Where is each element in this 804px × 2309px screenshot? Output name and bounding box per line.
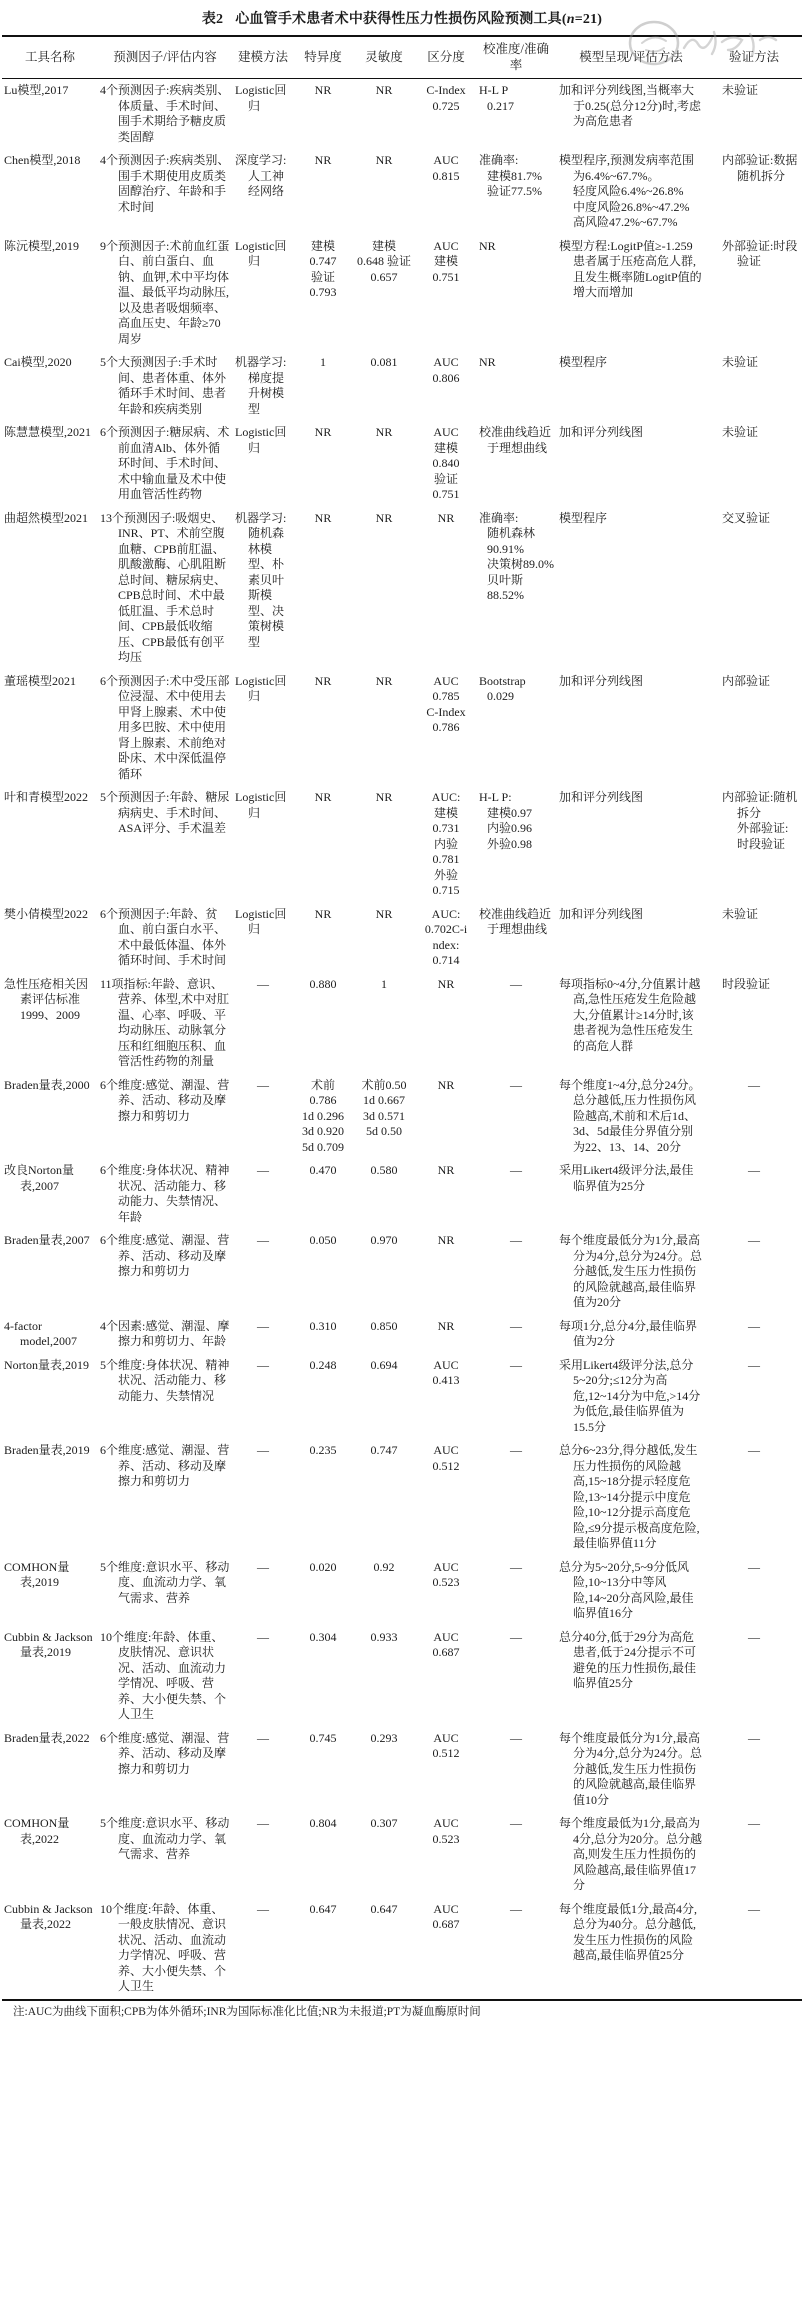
specificity-cell: 0.880 xyxy=(294,973,352,1074)
table-row: Braden量表,20076个维度:感觉、潮湿、营养、活动、移动及摩擦力和剪切力… xyxy=(2,1229,802,1315)
specificity-cell: 0.647 xyxy=(294,1898,352,2000)
validation-method-cell: 内部验证:数据随机拆分 xyxy=(706,149,802,235)
model-presentation-cell: 每个维度最低分为1分,最高分为4分,总分为24分。总分越低,发生压力性损伤的风险… xyxy=(556,1727,706,1813)
table-row: Braden量表,20006个维度:感觉、潮湿、营养、活动、移动及摩擦力和剪切力… xyxy=(2,1074,802,1160)
sensitivity-cell: 0.92 xyxy=(352,1556,416,1626)
table-row: Braden量表,20196个维度:感觉、潮湿、营养、活动、移动及摩擦力和剪切力… xyxy=(2,1439,802,1556)
calibration-accuracy-cell: NR xyxy=(476,351,556,421)
discrimination-cell: NR xyxy=(416,1229,476,1315)
calibration-accuracy-cell: Bootstrap 0.029 xyxy=(476,670,556,787)
discrimination-cell: AUC 0.687 xyxy=(416,1898,476,2000)
column-header-tool-name: 工具名称 xyxy=(2,36,98,79)
table-footnote: 注:AUC为曲线下面积;CPB为体外循环;INR为国际标准化比值;NR为未报道;… xyxy=(2,2005,802,2020)
specificity-cell: 0.310 xyxy=(294,1315,352,1354)
sensitivity-cell: 术前0.50 1d 0.667 3d 0.571 5d 0.50 xyxy=(352,1074,416,1160)
column-header-specificity: 特异度 xyxy=(294,36,352,79)
specificity-cell: NR xyxy=(294,79,352,150)
model-presentation-cell: 总分为5~20分,5~9分低风险,10~13分中等风险,14~20分高风险,最佳… xyxy=(556,1556,706,1626)
predictors-cell: 6个预测因子:年龄、贫血、前白蛋白水平、术中最低体温、体外循环时间、手术时间 xyxy=(98,903,232,973)
calibration-accuracy-cell: 准确率: 建模81.7% 验证77.5% xyxy=(476,149,556,235)
model-presentation-cell: 模型方程:LogitP值≥-1.259患者属于压疮高危人群,且发生概率随Logi… xyxy=(556,235,706,352)
calibration-accuracy-cell: H-L P: 建模0.97 内验0.96 外验0.98 xyxy=(476,786,556,903)
predictors-cell: 4个因素:感觉、潮湿、摩擦力和剪切力、年龄 xyxy=(98,1315,232,1354)
modeling-method-cell: 机器学习:随机森林模型、朴素贝叶斯模型、决策树模型 xyxy=(232,507,294,670)
specificity-cell: 术前 0.786 1d 0.296 3d 0.920 5d 0.709 xyxy=(294,1074,352,1160)
sensitivity-cell: NR xyxy=(352,786,416,903)
validation-method-cell: 内部验证:随机拆分 外部验证:时段验证 xyxy=(706,786,802,903)
validation-method-cell: — xyxy=(706,1556,802,1626)
tool-name-cell: 陈沅模型,2019 xyxy=(2,235,98,352)
sensitivity-cell: 0.081 xyxy=(352,351,416,421)
discrimination-cell: NR xyxy=(416,1315,476,1354)
specificity-cell: 0.020 xyxy=(294,1556,352,1626)
model-presentation-cell: 模型程序 xyxy=(556,351,706,421)
tool-name-cell: Norton量表,2019 xyxy=(2,1354,98,1440)
validation-method-cell: — xyxy=(706,1439,802,1556)
modeling-method-cell: — xyxy=(232,1074,294,1160)
discrimination-cell: AUC 0.512 xyxy=(416,1727,476,1813)
model-presentation-cell: 加和评分列线图 xyxy=(556,670,706,787)
model-presentation-cell: 加和评分列线图 xyxy=(556,786,706,903)
discrimination-cell: AUC 建模 0.840 验证 0.751 xyxy=(416,421,476,507)
sensitivity-cell: 0.747 xyxy=(352,1439,416,1556)
specificity-cell: NR xyxy=(294,149,352,235)
table-row: 叶和青模型20225个预测因子:年龄、糖尿病病史、手术时间、ASA评分、手术温差… xyxy=(2,786,802,903)
header-row: 工具名称预测因子/评估内容建模方法特异度灵敏度区分度校准度/准确率模型呈现/评估… xyxy=(2,36,802,79)
specificity-cell: 0.050 xyxy=(294,1229,352,1315)
column-header-sensitivity: 灵敏度 xyxy=(352,36,416,79)
specificity-cell: 0.304 xyxy=(294,1626,352,1727)
discrimination-cell: C-Index 0.725 xyxy=(416,79,476,150)
model-presentation-cell: 采用Likert4级评分法,最佳临界值为25分 xyxy=(556,1159,706,1229)
validation-method-cell: 未验证 xyxy=(706,351,802,421)
discrimination-cell: AUC 0.512 xyxy=(416,1439,476,1556)
model-presentation-cell: 每项指标0~4分,分值累计越高,急性压疮发生危险越大,分值累计≥14分时,该患者… xyxy=(556,973,706,1074)
modeling-method-cell: Logistic回归 xyxy=(232,235,294,352)
tool-name-cell: 樊小倩模型2022 xyxy=(2,903,98,973)
predictors-cell: 6个维度:感觉、潮湿、营养、活动、移动及摩擦力和剪切力 xyxy=(98,1074,232,1160)
calibration-accuracy-cell: — xyxy=(476,973,556,1074)
model-presentation-cell: 加和评分列线图 xyxy=(556,903,706,973)
predictors-cell: 6个维度:身体状况、精神状况、活动能力、移动能力、失禁情况、年龄 xyxy=(98,1159,232,1229)
predictors-cell: 6个维度:感觉、潮湿、营养、活动、移动及摩擦力和剪切力 xyxy=(98,1439,232,1556)
predictors-cell: 4个预测因子:疾病类别、体质量、手术时间、围手术期给予糖皮质类固醇 xyxy=(98,79,232,150)
predictors-cell: 10个维度:年龄、体重、一般皮肤情况、意识状况、活动、血流动力学情况、呼吸、营养… xyxy=(98,1898,232,2000)
tool-name-cell: 曲超然模型2021 xyxy=(2,507,98,670)
modeling-method-cell: Logistic回归 xyxy=(232,79,294,150)
discrimination-cell: NR xyxy=(416,1159,476,1229)
title-n-symbol: n xyxy=(567,12,575,27)
modeling-method-cell: Logistic回归 xyxy=(232,670,294,787)
calibration-accuracy-cell: 校准曲线趋近于理想曲线 xyxy=(476,421,556,507)
sensitivity-cell: 0.293 xyxy=(352,1727,416,1813)
validation-method-cell: — xyxy=(706,1898,802,2000)
validation-method-cell: — xyxy=(706,1315,802,1354)
modeling-method-cell: — xyxy=(232,1439,294,1556)
predictors-cell: 11项指标:年龄、意识、营养、体型,术中对肛温、心率、呼吸、平均动脉压、动脉氧分… xyxy=(98,973,232,1074)
predictors-cell: 5个维度:意识水平、移动度、血流动力学、氧气需求、营养 xyxy=(98,1812,232,1898)
specificity-cell: NR xyxy=(294,903,352,973)
discrimination-cell: AUC 0.413 xyxy=(416,1354,476,1440)
table-title-text: 心血管手术患者术中获得性压力性损伤风险预测工具( xyxy=(235,12,566,27)
tool-name-cell: COMHON量表,2019 xyxy=(2,1556,98,1626)
model-presentation-cell: 每个维度最低分为1分,最高分为4分,总分为24分。总分越低,发生压力性损伤的风险… xyxy=(556,1229,706,1315)
specificity-cell: 1 xyxy=(294,351,352,421)
validation-method-cell: 交叉验证 xyxy=(706,507,802,670)
calibration-accuracy-cell: — xyxy=(476,1315,556,1354)
sensitivity-cell: NR xyxy=(352,903,416,973)
discrimination-cell: NR xyxy=(416,507,476,670)
tool-name-cell: COMHON量表,2022 xyxy=(2,1812,98,1898)
specificity-cell: NR xyxy=(294,670,352,787)
modeling-method-cell: 机器学习:梯度提升树模型 xyxy=(232,351,294,421)
validation-method-cell: — xyxy=(706,1626,802,1727)
calibration-accuracy-cell: NR xyxy=(476,235,556,352)
calibration-accuracy-cell: — xyxy=(476,1812,556,1898)
calibration-accuracy-cell: — xyxy=(476,1556,556,1626)
sensitivity-cell: 0.850 xyxy=(352,1315,416,1354)
calibration-accuracy-cell: 准确率: 随机森林 90.91% 决策树89.0% 贝叶斯 88.52% xyxy=(476,507,556,670)
paper-table-page: 表2心血管手术患者术中获得性压力性损伤风险预测工具(n=21) 工具名称预测因子… xyxy=(0,0,804,2026)
model-presentation-cell: 采用Likert4级评分法,总分5~20分;≤12分为高危,12~14分为中危,… xyxy=(556,1354,706,1440)
validation-method-cell: — xyxy=(706,1727,802,1813)
sensitivity-cell: NR xyxy=(352,79,416,150)
discrimination-cell: AUC 0.806 xyxy=(416,351,476,421)
tool-name-cell: 4-factor model,2007 xyxy=(2,1315,98,1354)
column-header-modeling-method: 建模方法 xyxy=(232,36,294,79)
table-row: 曲超然模型202113个预测因子:吸烟史、INR、PT、术前空腹血糖、CPB前肛… xyxy=(2,507,802,670)
sensitivity-cell: 0.647 xyxy=(352,1898,416,2000)
table-number: 表2 xyxy=(202,12,223,27)
model-presentation-cell: 每个维度最低1分,最高4分,总分为40分。总分越低,发生压力性损伤的风险越高,最… xyxy=(556,1898,706,2000)
specificity-cell: NR xyxy=(294,507,352,670)
tool-name-cell: Lu模型,2017 xyxy=(2,79,98,150)
model-presentation-cell: 总分40分,低于29分为高危患者,低于24分提示不可避免的压力性损伤,最佳临界值… xyxy=(556,1626,706,1727)
column-header-validation-method: 验证方法 xyxy=(706,36,802,79)
sensitivity-cell: 0.694 xyxy=(352,1354,416,1440)
specificity-cell: 0.804 xyxy=(294,1812,352,1898)
calibration-accuracy-cell: — xyxy=(476,1354,556,1440)
model-presentation-cell: 加和评分列线图 xyxy=(556,421,706,507)
tool-name-cell: Braden量表,2007 xyxy=(2,1229,98,1315)
validation-method-cell: — xyxy=(706,1354,802,1440)
discrimination-cell: NR xyxy=(416,1074,476,1160)
column-header-calibration-accuracy: 校准度/准确率 xyxy=(476,36,556,79)
tool-name-cell: Cai模型,2020 xyxy=(2,351,98,421)
predictors-cell: 9个预测因子:术前血红蛋白、前白蛋白、血钠、血钾,术中平均体温、最低平均动脉压,… xyxy=(98,235,232,352)
model-presentation-cell: 每项1分,总分4分,最佳临界值为2分 xyxy=(556,1315,706,1354)
predictors-cell: 10个维度:年龄、体重、皮肤情况、意识状况、活动、血流动力学情况、呼吸、营养、大… xyxy=(98,1626,232,1727)
calibration-accuracy-cell: 校准曲线趋近于理想曲线 xyxy=(476,903,556,973)
modeling-method-cell: — xyxy=(232,1354,294,1440)
modeling-method-cell: — xyxy=(232,1315,294,1354)
predictors-cell: 5个维度:身体状况、精神状况、活动能力、移动能力、失禁情况 xyxy=(98,1354,232,1440)
table-row: Braden量表,20226个维度:感觉、潮湿、营养、活动、移动及摩擦力和剪切力… xyxy=(2,1727,802,1813)
discrimination-cell: AUC 建模 0.751 xyxy=(416,235,476,352)
sensitivity-cell: NR xyxy=(352,421,416,507)
modeling-method-cell: — xyxy=(232,1556,294,1626)
validation-method-cell: 内部验证 xyxy=(706,670,802,787)
model-presentation-cell: 每个维度1~4分,总分24分。总分越低,压力性损伤风险越高,术前和术后1d、3d… xyxy=(556,1074,706,1160)
table-row: 改良Norton量表,20076个维度:身体状况、精神状况、活动能力、移动能力、… xyxy=(2,1159,802,1229)
predictors-cell: 6个维度:感觉、潮湿、营养、活动、移动及摩擦力和剪切力 xyxy=(98,1229,232,1315)
validation-method-cell: — xyxy=(706,1074,802,1160)
discrimination-cell: AUC: 建模 0.731 内验 0.781 外验 0.715 xyxy=(416,786,476,903)
predictors-cell: 6个预测因子:糖尿病、术前血清Alb、体外循环时间、手术时间、术中输血量及术中使… xyxy=(98,421,232,507)
predictors-cell: 4个预测因子:疾病类别、围手术期使用皮质类固醇治疗、年龄和手术时间 xyxy=(98,149,232,235)
validation-method-cell: 未验证 xyxy=(706,421,802,507)
modeling-method-cell: Logistic回归 xyxy=(232,421,294,507)
modeling-method-cell: — xyxy=(232,1626,294,1727)
model-presentation-cell: 模型程序 xyxy=(556,507,706,670)
calibration-accuracy-cell: — xyxy=(476,1898,556,2000)
table-row: 董瑶模型20216个预测因子:术中受压部位浸湿、术中使用去甲肾上腺素、术中使用多… xyxy=(2,670,802,787)
discrimination-cell: AUC: 0.702C-i ndex: 0.714 xyxy=(416,903,476,973)
specificity-cell: 0.248 xyxy=(294,1354,352,1440)
table-body: Lu模型,20174个预测因子:疾病类别、体质量、手术时间、围手术期给予糖皮质类… xyxy=(2,79,802,2000)
tool-name-cell: 急性压疮相关因素评估标准1999、2009 xyxy=(2,973,98,1074)
validation-method-cell: 未验证 xyxy=(706,79,802,150)
predictors-cell: 5个大预测因子:手术时间、患者体重、体外循环手术时间、患者年龄和疾病类别 xyxy=(98,351,232,421)
specificity-cell: 0.470 xyxy=(294,1159,352,1229)
calibration-accuracy-cell: — xyxy=(476,1626,556,1727)
table-row: Cai模型,20205个大预测因子:手术时间、患者体重、体外循环手术时间、患者年… xyxy=(2,351,802,421)
tool-name-cell: 改良Norton量表,2007 xyxy=(2,1159,98,1229)
table-row: Lu模型,20174个预测因子:疾病类别、体质量、手术时间、围手术期给予糖皮质类… xyxy=(2,79,802,150)
table-title: 表2心血管手术患者术中获得性压力性损伤风险预测工具(n=21) xyxy=(2,8,802,28)
validation-method-cell: 时段验证 xyxy=(706,973,802,1074)
calibration-accuracy-cell: — xyxy=(476,1074,556,1160)
table-row: 陈沅模型,20199个预测因子:术前血红蛋白、前白蛋白、血钠、血钾,术中平均体温… xyxy=(2,235,802,352)
modeling-method-cell: 深度学习:人工神经网络 xyxy=(232,149,294,235)
tool-name-cell: Cubbin & Jackson量表,2019 xyxy=(2,1626,98,1727)
tool-name-cell: 董瑶模型2021 xyxy=(2,670,98,787)
sensitivity-cell: 1 xyxy=(352,973,416,1074)
column-header-predictors: 预测因子/评估内容 xyxy=(98,36,232,79)
modeling-method-cell: Logistic回归 xyxy=(232,903,294,973)
predictors-cell: 5个维度:意识水平、移动度、血流动力学、氧气需求、营养 xyxy=(98,1556,232,1626)
table-row: COMHON量表,20225个维度:意识水平、移动度、血流动力学、氧气需求、营养… xyxy=(2,1812,802,1898)
table-row: COMHON量表,20195个维度:意识水平、移动度、血流动力学、氧气需求、营养… xyxy=(2,1556,802,1626)
tool-name-cell: Cubbin & Jackson量表,2022 xyxy=(2,1898,98,2000)
sensitivity-cell: 0.933 xyxy=(352,1626,416,1727)
tool-name-cell: 叶和青模型2022 xyxy=(2,786,98,903)
table-row: 陈慧慧模型,20216个预测因子:糖尿病、术前血清Alb、体外循环时间、手术时间… xyxy=(2,421,802,507)
sensitivity-cell: 0.580 xyxy=(352,1159,416,1229)
modeling-method-cell: — xyxy=(232,1898,294,2000)
tool-name-cell: Braden量表,2000 xyxy=(2,1074,98,1160)
validation-method-cell: — xyxy=(706,1159,802,1229)
tool-name-cell: 陈慧慧模型,2021 xyxy=(2,421,98,507)
table-row: 樊小倩模型20226个预测因子:年龄、贫血、前白蛋白水平、术中最低体温、体外循环… xyxy=(2,903,802,973)
discrimination-cell: AUC 0.815 xyxy=(416,149,476,235)
table-row: Chen模型,20184个预测因子:疾病类别、围手术期使用皮质类固醇治疗、年龄和… xyxy=(2,149,802,235)
modeling-method-cell: — xyxy=(232,1159,294,1229)
discrimination-cell: AUC 0.523 xyxy=(416,1556,476,1626)
validation-method-cell: — xyxy=(706,1229,802,1315)
calibration-accuracy-cell: — xyxy=(476,1229,556,1315)
column-header-model-presentation: 模型呈现/评估方法 xyxy=(556,36,706,79)
table-row: Cubbin & Jackson量表,201910个维度:年龄、体重、皮肤情况、… xyxy=(2,1626,802,1727)
table-row: Norton量表,20195个维度:身体状况、精神状况、活动能力、移动能力、失禁… xyxy=(2,1354,802,1440)
model-presentation-cell: 加和评分列线图,当概率大于0.25(总分12分)时,考虑为高危患者 xyxy=(556,79,706,150)
specificity-cell: NR xyxy=(294,786,352,903)
tool-name-cell: Braden量表,2022 xyxy=(2,1727,98,1813)
model-presentation-cell: 模型程序,预测发病率范围为6.4%~67.7%。 轻度风险6.4%~26.8% … xyxy=(556,149,706,235)
modeling-method-cell: — xyxy=(232,973,294,1074)
calibration-accuracy-cell: — xyxy=(476,1159,556,1229)
sensitivity-cell: 建模 0.648 验证 0.657 xyxy=(352,235,416,352)
modeling-method-cell: Logistic回归 xyxy=(232,786,294,903)
specificity-cell: 0.235 xyxy=(294,1439,352,1556)
validation-method-cell: — xyxy=(706,1812,802,1898)
modeling-method-cell: — xyxy=(232,1229,294,1315)
calibration-accuracy-cell: — xyxy=(476,1439,556,1556)
prediction-tools-table: 工具名称预测因子/评估内容建模方法特异度灵敏度区分度校准度/准确率模型呈现/评估… xyxy=(2,35,802,2001)
validation-method-cell: 未验证 xyxy=(706,903,802,973)
table-row: 4-factor model,20074个因素:感觉、潮湿、摩擦力和剪切力、年龄… xyxy=(2,1315,802,1354)
discrimination-cell: AUC 0.687 xyxy=(416,1626,476,1727)
calibration-accuracy-cell: H-L P 0.217 xyxy=(476,79,556,150)
sensitivity-cell: NR xyxy=(352,507,416,670)
validation-method-cell: 外部验证:时段验证 xyxy=(706,235,802,352)
model-presentation-cell: 总分6~23分,得分越低,发生压力性损伤的风险越高,15~18分提示轻度危险,1… xyxy=(556,1439,706,1556)
column-header-discrimination: 区分度 xyxy=(416,36,476,79)
sensitivity-cell: 0.970 xyxy=(352,1229,416,1315)
table-row: Cubbin & Jackson量表,202210个维度:年龄、体重、一般皮肤情… xyxy=(2,1898,802,2000)
tool-name-cell: Braden量表,2019 xyxy=(2,1439,98,1556)
predictors-cell: 6个维度:感觉、潮湿、营养、活动、移动及摩擦力和剪切力 xyxy=(98,1727,232,1813)
tool-name-cell: Chen模型,2018 xyxy=(2,149,98,235)
predictors-cell: 5个预测因子:年龄、糖尿病病史、手术时间、ASA评分、手术温差 xyxy=(98,786,232,903)
modeling-method-cell: — xyxy=(232,1727,294,1813)
modeling-method-cell: — xyxy=(232,1812,294,1898)
sensitivity-cell: NR xyxy=(352,149,416,235)
discrimination-cell: AUC 0.785 C-Index 0.786 xyxy=(416,670,476,787)
discrimination-cell: AUC 0.523 xyxy=(416,1812,476,1898)
predictors-cell: 6个预测因子:术中受压部位浸湿、术中使用去甲肾上腺素、术中使用多巴胺、术中使用肾… xyxy=(98,670,232,787)
discrimination-cell: NR xyxy=(416,973,476,1074)
model-presentation-cell: 每个维度最低为1分,最高为4分,总分为20分。总分越高,则发生压力性损伤的风险越… xyxy=(556,1812,706,1898)
table-title-suffix: =21) xyxy=(575,12,602,27)
specificity-cell: NR xyxy=(294,421,352,507)
sensitivity-cell: NR xyxy=(352,670,416,787)
specificity-cell: 建模 0.747 验证 0.793 xyxy=(294,235,352,352)
table-row: 急性压疮相关因素评估标准1999、200911项指标:年龄、意识、营养、体型,术… xyxy=(2,973,802,1074)
specificity-cell: 0.745 xyxy=(294,1727,352,1813)
sensitivity-cell: 0.307 xyxy=(352,1812,416,1898)
predictors-cell: 13个预测因子:吸烟史、INR、PT、术前空腹血糖、CPB前肛温、肌酸激酶、心肌… xyxy=(98,507,232,670)
calibration-accuracy-cell: — xyxy=(476,1727,556,1813)
